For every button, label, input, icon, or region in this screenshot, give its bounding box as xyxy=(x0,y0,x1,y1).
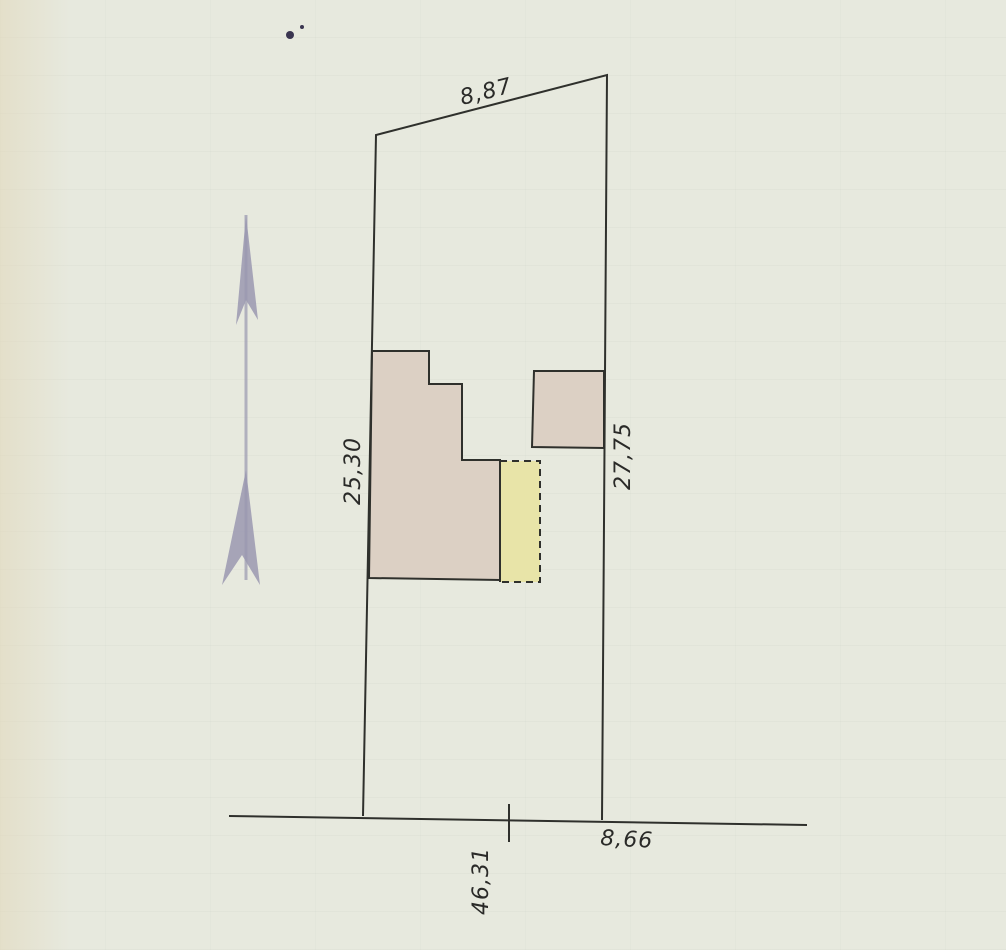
site-plan-drawing: 8,87 25,30 27,75 46,31 8,66 xyxy=(0,0,1006,950)
proposed-extension xyxy=(500,461,540,582)
outbuilding xyxy=(532,371,604,448)
dimension-bottom-right: 8,66 xyxy=(600,826,654,854)
ink-speck xyxy=(286,31,294,39)
ink-speck xyxy=(300,25,304,29)
dimension-top-edge: 8,87 xyxy=(457,74,514,111)
main-building xyxy=(369,351,500,580)
dimension-left-edge: 25,30 xyxy=(341,437,366,505)
dimension-right-edge: 27,75 xyxy=(611,422,636,490)
north-arrow-icon xyxy=(222,215,260,585)
street-line xyxy=(229,816,807,825)
dimension-frontage-offset: 46,31 xyxy=(469,847,494,915)
site-plan-sheet: 8,87 25,30 27,75 46,31 8,66 xyxy=(0,0,1006,950)
